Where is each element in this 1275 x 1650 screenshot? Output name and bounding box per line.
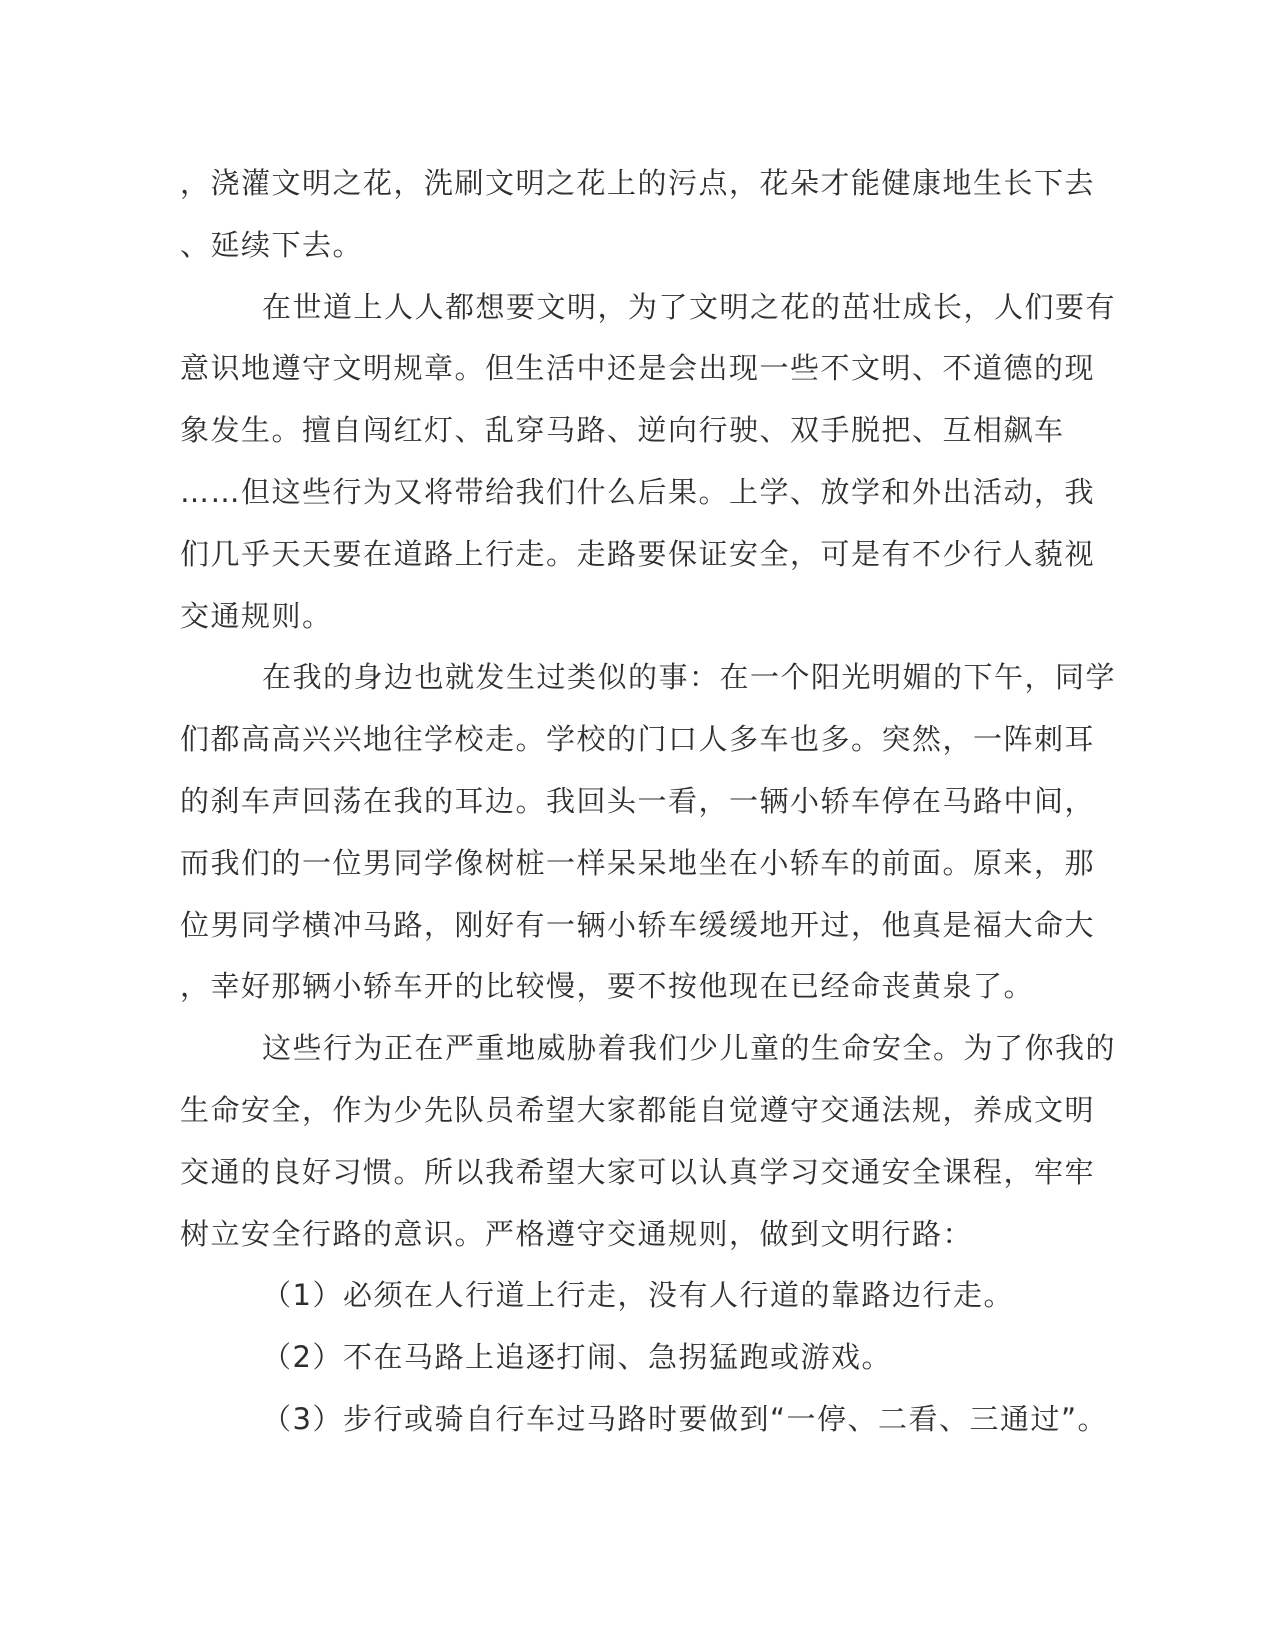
text-line: 位男同学横冲马路，刚好有一辆小轿车缓缓地开过，他真是福大命大 (180, 895, 1115, 957)
text-line: 交通的良好习惯。所以我希望大家可以认真学习交通安全课程，牢牢 (180, 1142, 1115, 1204)
document-page: ，浇灌文明之花，洗刷文明之花上的污点，花朵才能健康地生长下去 、延续下去。 在世… (0, 0, 1275, 1650)
list-item-3: （3）步行或骑自行车过马路时要做到“一停、二看、三通过”。 (180, 1389, 1115, 1451)
document-text-block: ，浇灌文明之花，洗刷文明之花上的污点，花朵才能健康地生长下去 、延续下去。 在世… (180, 153, 1115, 1451)
text-line: 们几乎天天要在道路上行走。走路要保证安全，可是有不少行人藐视 (180, 524, 1115, 586)
text-line: ……但这些行为又将带给我们什么后果。上学、放学和外出活动，我 (180, 462, 1115, 524)
paragraph-civility: 在世道上人人都想要文明，为了文明之花的茁壮成长，人们要有 意识地遵守文明规章。但… (180, 277, 1115, 648)
paragraph-appeal: 这些行为正在严重地威胁着我们少儿童的生命安全。为了你我的 生命安全，作为少先队员… (180, 1018, 1115, 1265)
paragraph-anecdote: 在我的身边也就发生过类似的事：在一个阳光明媚的下午，同学 们都高高兴兴地往学校走… (180, 647, 1115, 1018)
text-line: 在世道上人人都想要文明，为了文明之花的茁壮成长，人们要有 (180, 277, 1115, 339)
text-line: 象发生。擅自闯红灯、乱穿马路、逆向行驶、双手脱把、互相飙车 (180, 400, 1115, 462)
text-line: 树立安全行路的意识。严格遵守交通规则，做到文明行路： (180, 1204, 1115, 1266)
list-item-2: （2）不在马路上追逐打闹、急拐猛跑或游戏。 (180, 1327, 1115, 1389)
text-line: 而我们的一位男同学像树桩一样呆呆地坐在小轿车的前面。原来，那 (180, 833, 1115, 895)
list-item-1: （1）必须在人行道上行走，没有人行道的靠路边行走。 (180, 1265, 1115, 1327)
text-line: ，浇灌文明之花，洗刷文明之花上的污点，花朵才能健康地生长下去 (180, 153, 1115, 215)
text-line: 的刹车声回荡在我的耳边。我回头一看，一辆小轿车停在马路中间， (180, 771, 1115, 833)
text-line: 、延续下去。 (180, 215, 1115, 277)
text-line: ，幸好那辆小轿车开的比较慢，要不按他现在已经命丧黄泉了。 (180, 956, 1115, 1018)
text-line: 在我的身边也就发生过类似的事：在一个阳光明媚的下午，同学 (180, 647, 1115, 709)
text-line: 生命安全，作为少先队员希望大家都能自觉遵守交通法规，养成文明 (180, 1080, 1115, 1142)
text-line: 意识地遵守文明规章。但生活中还是会出现一些不文明、不道德的现 (180, 338, 1115, 400)
text-line: 们都高高兴兴地往学校走。学校的门口人多车也多。突然，一阵刺耳 (180, 709, 1115, 771)
text-line: 交通规则。 (180, 586, 1115, 648)
numbered-rules-list: （1）必须在人行道上行走，没有人行道的靠路边行走。 （2）不在马路上追逐打闹、急… (180, 1265, 1115, 1450)
paragraph-continuation: ，浇灌文明之花，洗刷文明之花上的污点，花朵才能健康地生长下去 、延续下去。 (180, 153, 1115, 277)
text-line: 这些行为正在严重地威胁着我们少儿童的生命安全。为了你我的 (180, 1018, 1115, 1080)
